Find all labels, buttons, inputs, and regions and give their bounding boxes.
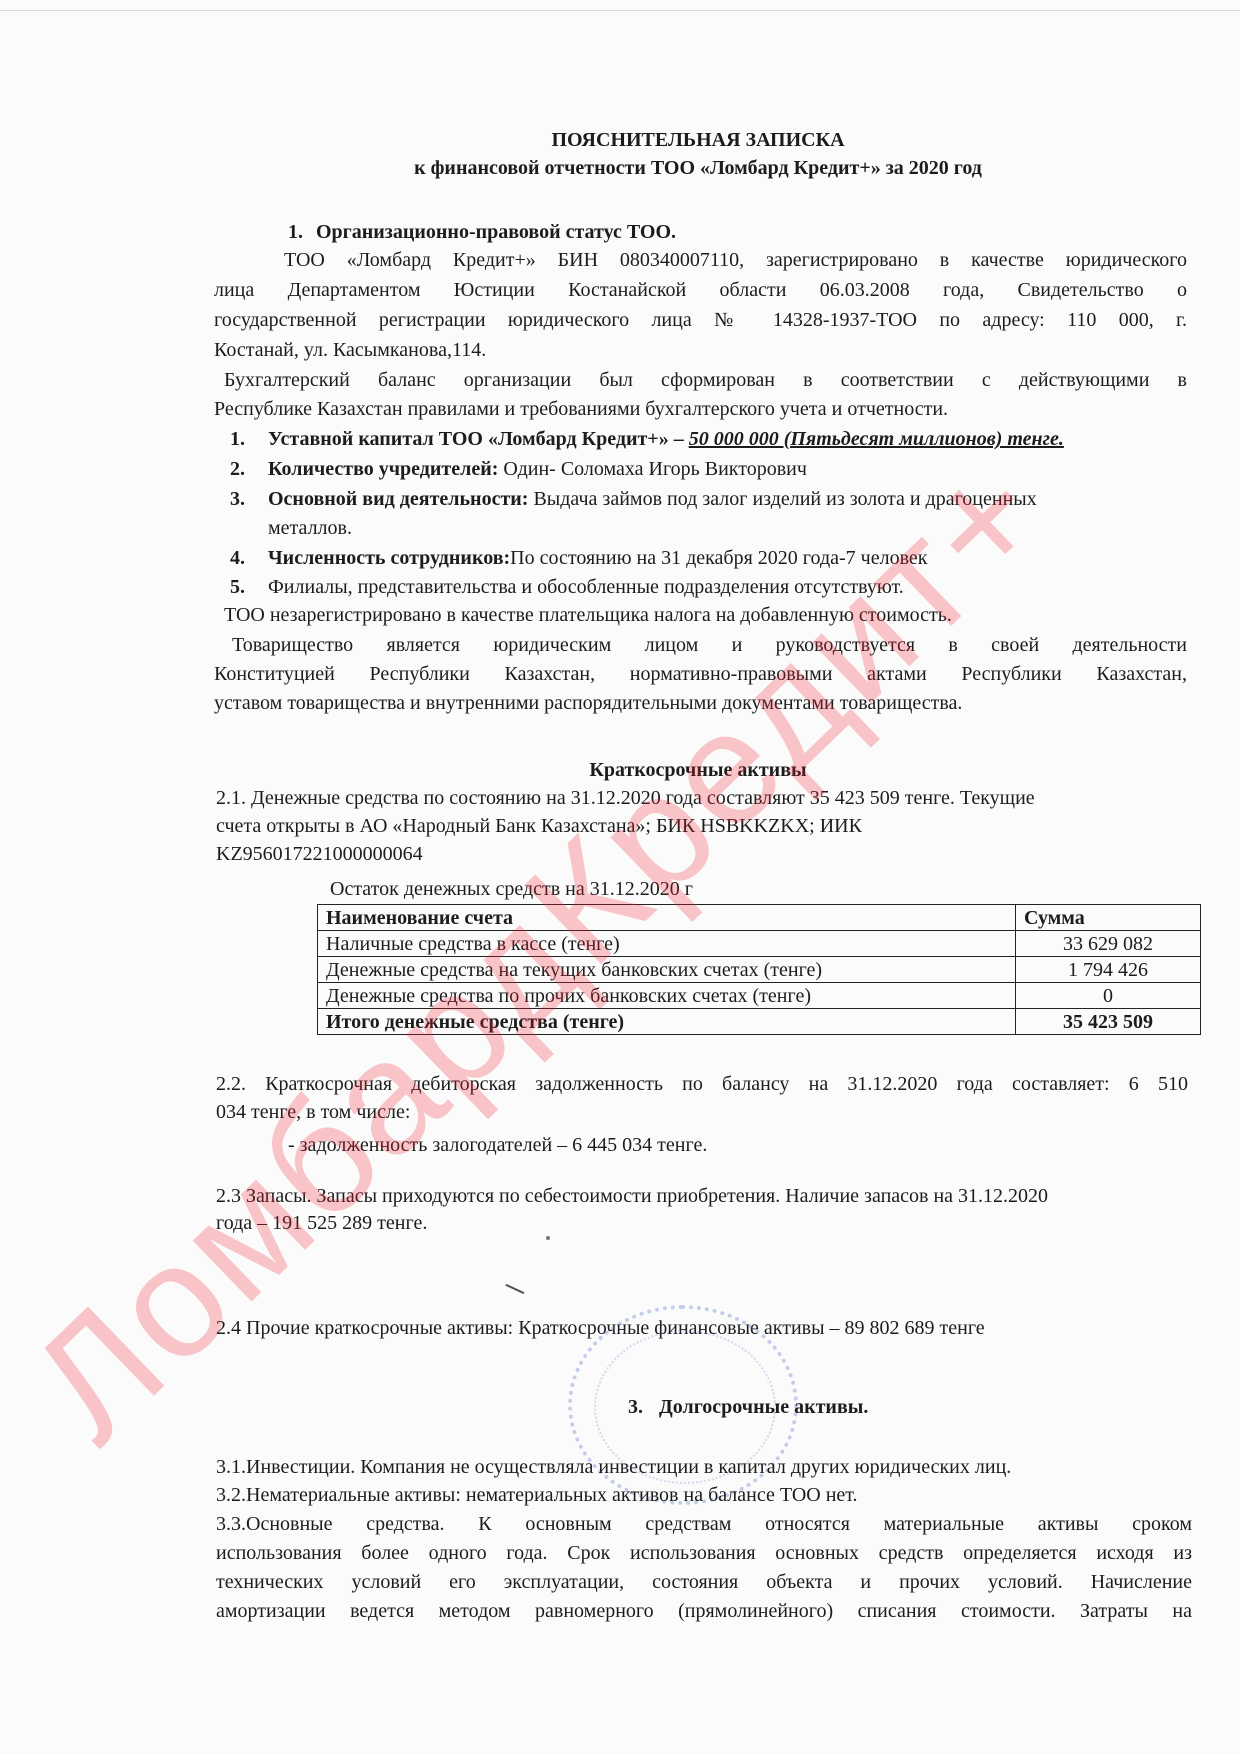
table-header-account: Наименование счета (318, 905, 1016, 931)
section1-para3-line2: Конституцией Республики Казахстан, норма… (214, 662, 1187, 686)
p33-line3: технических условий его эксплуатации, со… (216, 1570, 1192, 1594)
section3-number: 3. (628, 1395, 643, 1419)
p22-line2: 034 тенге, в том числе: (216, 1100, 410, 1124)
section3-heading: Долгосрочные активы. (659, 1395, 868, 1419)
table-cell-amount: 0 (1016, 983, 1201, 1009)
p33-line1: 3.3.Основные средства. К основным средст… (216, 1512, 1192, 1536)
section2-heading: Краткосрочные активы (318, 758, 1078, 782)
info-item-3: 3.Основной вид деятельности: Выдача займ… (230, 487, 1187, 511)
founders-value: Один- Соломаха Игорь Викторович (503, 458, 807, 480)
authorized-capital-value: 50 000 000 (Пятьдесят миллионов) тенге. (689, 428, 1064, 450)
info-item-4-num: 4. (230, 546, 268, 570)
info-item-5: 5.Филиалы, представительства и обособлен… (230, 575, 904, 599)
info-item-2-num: 2. (230, 457, 268, 481)
employees-value: По состоянию на 31 декабря 2020 года-7 ч… (510, 547, 927, 569)
vat-note: ТОО незарегистрировано в качестве плател… (224, 603, 952, 627)
p22-sub: - задолженность залогодателей – 6 445 03… (288, 1133, 707, 1157)
info-item-4: 4.Численность сотрудников:По состоянию н… (230, 546, 928, 570)
section1-heading: Организационно-правовой статус ТОО. (316, 220, 676, 244)
info-item-3-cont: металлов. (268, 516, 352, 540)
table-cell-amount: 1 794 426 (1016, 957, 1201, 983)
table-total-label: Итого денежные средства (тенге) (318, 1009, 1016, 1035)
table-caption: Остаток денежных средств на 31.12.2020 г (330, 877, 693, 901)
table-cell-amount: 33 629 082 (1016, 931, 1201, 957)
activity-value: Выдача займов под залог изделий из золот… (533, 488, 1036, 510)
p23-line2: года – 191 525 289 тенге. (216, 1211, 427, 1235)
table-header-row: Наименование счета Сумма (318, 905, 1201, 931)
document-title: ПОЯСНИТЕЛЬНАЯ ЗАПИСКА (318, 128, 1078, 152)
info-item-3-num: 3. (230, 487, 268, 511)
section1-number: 1. (288, 220, 303, 244)
cash-balance-table: Наименование счета Сумма Наличные средст… (317, 904, 1201, 1035)
table-row: Денежные средства по прочих банковских с… (318, 983, 1201, 1009)
p21-line1: 2.1. Денежные средства по состоянию на 3… (216, 786, 1035, 810)
table-row: Наличные средства в кассе (тенге) 33 629… (318, 931, 1201, 957)
info-item-3-label: Основной вид деятельности: (268, 488, 528, 510)
document-subtitle: к финансовой отчетности ТОО «Ломбард Кре… (318, 156, 1078, 180)
section1-para1-line1: ТОО «Ломбард Кредит+» БИН 080340007110, … (284, 248, 1187, 272)
p21-line3: KZ956017221000000064 (216, 842, 423, 866)
section1-para3-line3: уставом товарищества и внутренними распо… (214, 691, 962, 715)
scan-speck (546, 1236, 550, 1240)
section1-para2-line2: Республике Казахстан правилами и требова… (214, 397, 948, 421)
info-item-2: 2.Количество учредителей: Один- Соломаха… (230, 457, 807, 481)
table-cell-account: Наличные средства в кассе (тенге) (318, 931, 1016, 957)
p33-line2: использования более одного года. Срок ис… (216, 1541, 1192, 1565)
table-header-amount: Сумма (1016, 905, 1201, 931)
info-item-2-label: Количество учредителей: (268, 458, 498, 480)
section1-para1-line3: государственной регистрации юридического… (214, 308, 1187, 332)
info-item-1-label: Уставной капитал ТОО «Ломбард Кредит+» – (268, 428, 684, 450)
p22-line1: 2.2. Краткосрочная дебиторская задолженн… (216, 1072, 1188, 1096)
p33-line4: амортизации ведется методом равномерного… (216, 1599, 1192, 1623)
table-total-amount: 35 423 509 (1016, 1009, 1201, 1035)
p23-line1: 2.3 Запасы. Запасы приходуются по себест… (216, 1184, 1048, 1208)
section1-para1-line4: Костанай, ул. Касымканова,114. (214, 338, 486, 362)
table-row: Денежные средства на текущих банковских … (318, 957, 1201, 983)
branches-value: Филиалы, представительства и обособленны… (268, 576, 904, 598)
section1-para1-line2: лица Департаментом Юстиции Костанайской … (214, 278, 1187, 302)
table-total-row: Итого денежные средства (тенге) 35 423 5… (318, 1009, 1201, 1035)
info-item-1: 1.Уставной капитал ТОО «Ломбард Кредит+»… (230, 427, 1064, 451)
table-cell-account: Денежные средства по прочих банковских с… (318, 983, 1016, 1009)
p21-line2: счета открыты в АО «Народный Банк Казахс… (216, 814, 862, 838)
table-cell-account: Денежные средства на текущих банковских … (318, 957, 1016, 983)
info-item-4-label: Численность сотрудников: (268, 547, 510, 569)
section1-para2-line1: Бухгалтерский баланс организации был сфо… (224, 368, 1187, 392)
info-item-5-num: 5. (230, 575, 268, 599)
p32: 3.2.Нематериальные активы: нематериальны… (216, 1483, 858, 1507)
info-item-1-num: 1. (230, 427, 268, 451)
document-page: ПОЯСНИТЕЛЬНАЯ ЗАПИСКА к финансовой отчет… (0, 0, 1240, 1754)
p31: 3.1.Инвестиции. Компания не осуществляла… (216, 1455, 1011, 1479)
section1-para3-line1: Товарищество является юридическим лицом … (232, 633, 1187, 657)
pen-mark (506, 1284, 525, 1294)
